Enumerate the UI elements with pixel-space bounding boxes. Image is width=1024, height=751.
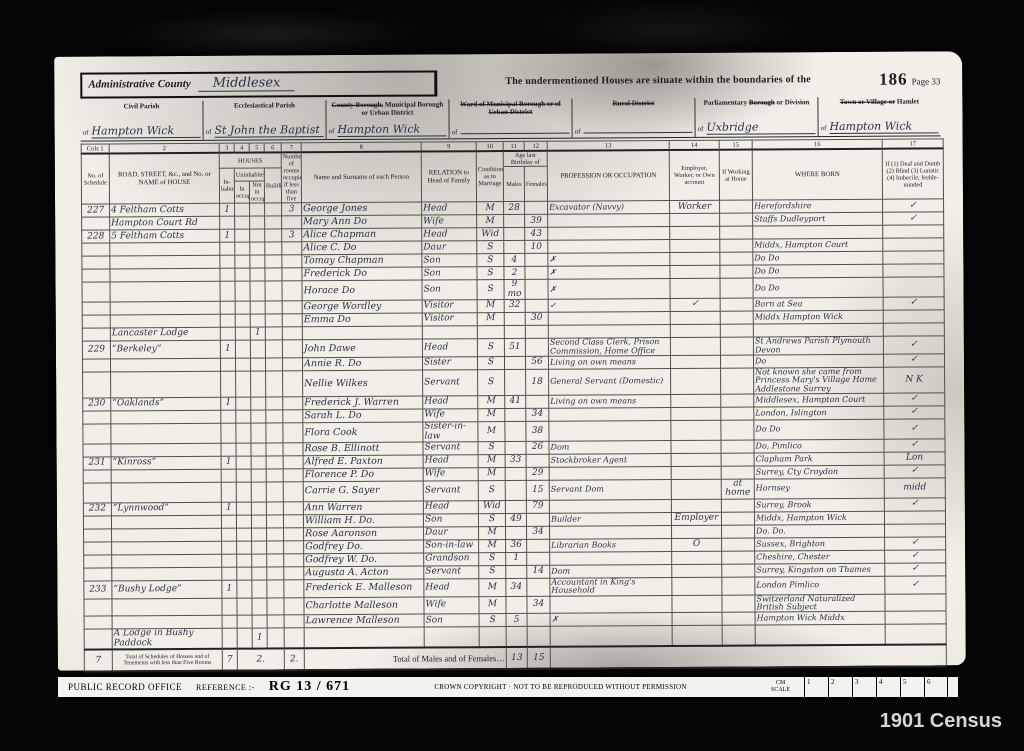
- cell-cond: S: [478, 513, 505, 526]
- cell-born: London Pimlico: [755, 576, 885, 595]
- cell-note: ✓: [884, 439, 945, 452]
- cell-f: 18: [526, 369, 549, 395]
- cell-note: midd: [884, 478, 945, 498]
- column-number: 17: [882, 139, 943, 149]
- cell-f: [527, 539, 550, 552]
- cell-home: [722, 625, 755, 646]
- cell-u4: [236, 469, 251, 482]
- cell-name: Sarah L. Do: [303, 409, 423, 423]
- cell-born: St Andrews Parish Plymouth Devon: [753, 336, 883, 355]
- cell-name: Flora Cook: [303, 422, 423, 443]
- administrative-county-box: Administrative County Middlesex: [80, 70, 437, 98]
- cm-scale-label: CM SCALE: [771, 680, 790, 693]
- totals-schedules: 7: [84, 650, 112, 672]
- cell-rooms: [282, 268, 302, 281]
- cell-born: Clapham Park: [754, 452, 884, 466]
- cell-cond: M: [478, 468, 505, 481]
- cell-emp: [671, 453, 721, 466]
- cell-cond: M: [479, 578, 506, 596]
- cell-home: [721, 407, 754, 420]
- cell-born: Do. Do.: [755, 524, 885, 538]
- cell-u4: [237, 528, 252, 541]
- backdrop-smudge: [540, 0, 800, 60]
- cell-occ: [550, 525, 672, 539]
- district-value-line: of: [452, 128, 570, 137]
- cell-u5: [252, 615, 267, 628]
- district-value: Hampton Wick: [829, 119, 938, 134]
- cell-emp: [671, 368, 721, 394]
- cell-bld: [265, 358, 282, 371]
- cell-u4: [235, 242, 250, 255]
- census-table: Cols 1234567891011121314151617 No. of Sc…: [81, 138, 947, 673]
- cell-f: 30: [525, 312, 548, 325]
- district-box: Rural Districtof: [572, 98, 695, 138]
- cell-born: Surrey, Kingston on Thames: [755, 563, 885, 577]
- cell-f: 29: [526, 467, 549, 480]
- cell-emp: [670, 240, 720, 253]
- cell-s: [83, 516, 111, 529]
- cell-note: ✓: [884, 498, 945, 511]
- cell-emp: [671, 466, 721, 479]
- cell-emp: [671, 407, 721, 420]
- totals-row: 7 Total of Schedules of Houses and of Te…: [84, 645, 946, 672]
- cell-f: 39: [525, 215, 548, 228]
- cell-u5: [251, 515, 266, 528]
- scale-mark: 4: [876, 677, 900, 697]
- cell-cond: M: [477, 202, 504, 215]
- cell-cond: S: [479, 614, 506, 627]
- cell-inh: [222, 541, 237, 554]
- cell-note: [884, 511, 945, 524]
- cell-note: ✓: [883, 354, 944, 367]
- cell-s: [83, 424, 111, 444]
- cell-rooms: [282, 314, 302, 327]
- cell-rooms: [282, 242, 302, 255]
- cell-u5: [250, 301, 265, 314]
- cell-bld: [267, 567, 284, 580]
- cell-m: 33: [505, 454, 526, 467]
- cell-cond: [477, 326, 504, 339]
- cell-note: [885, 524, 946, 537]
- cell-u5: [251, 371, 266, 397]
- cell-bld: [267, 528, 284, 541]
- cell-name: Frederick J. Warren: [303, 396, 423, 410]
- cell-f: [527, 627, 550, 648]
- cell-name: George Wordley: [302, 300, 422, 314]
- cell-u4: [236, 397, 251, 410]
- cell-m: 5: [506, 614, 527, 627]
- cell-road: “Berkeley”: [110, 340, 220, 358]
- cell-home: [720, 337, 753, 355]
- cell-rooms: 3: [282, 229, 302, 242]
- cell-u5: [250, 255, 265, 268]
- cell-note: [883, 251, 944, 264]
- cell-home: [722, 538, 755, 551]
- district-box: Civil ParishofHampton Wick: [80, 101, 203, 141]
- cell-f: [525, 338, 548, 356]
- district-box: Ward of Municipal Borough or of Urban Di…: [449, 99, 572, 139]
- cell-bld: [267, 598, 284, 616]
- cell-f: [525, 280, 548, 300]
- cell-rel: Daur: [424, 527, 479, 540]
- cell-inh: [220, 358, 235, 371]
- cell-u5: [251, 482, 266, 502]
- cell-bld: [265, 301, 282, 314]
- cell-occ: [548, 227, 670, 241]
- cell-inh: 1: [220, 230, 235, 243]
- cell-occ: Builder: [549, 512, 671, 526]
- cell-m: [505, 441, 526, 454]
- cell-bld: [266, 410, 283, 423]
- cell-u5: [251, 397, 266, 410]
- cell-occ: [549, 467, 671, 481]
- cell-road: 4 Feltham Cotts: [110, 204, 220, 218]
- cell-cond: S: [477, 254, 504, 267]
- cell-inh: [220, 314, 235, 327]
- cell-s: [82, 328, 110, 341]
- cell-s: [82, 359, 110, 372]
- cell-u5: [250, 203, 265, 216]
- cell-bld: [267, 554, 284, 567]
- cell-m: [504, 215, 525, 228]
- cell-born: Surrey, Brook: [754, 498, 884, 512]
- cell-u4: [237, 567, 252, 580]
- cell-m: 51: [504, 339, 525, 357]
- cell-emp: [670, 355, 720, 368]
- cell-s: 228: [82, 230, 110, 243]
- col-header-in-occupation: In occupation: [234, 181, 249, 203]
- col-header-where-born: WHERE BORN: [752, 149, 882, 201]
- cell-bld: [265, 314, 282, 327]
- cell-cond: S: [477, 267, 504, 280]
- cell-bld: [267, 541, 284, 554]
- cell-inh: [221, 469, 236, 482]
- cell-home: [720, 278, 753, 298]
- cell-rel: Son: [422, 267, 477, 280]
- district-boxes: Civil ParishofHampton WickEcclesiastical…: [80, 96, 940, 141]
- cell-s: [84, 616, 112, 629]
- cell-u5: [251, 410, 266, 423]
- district-value-line: of: [575, 127, 693, 136]
- cell-m: [506, 565, 527, 578]
- cell-emp: ✓: [670, 298, 720, 311]
- cell-emp: [671, 420, 721, 440]
- cell-born: Staffs Dudleyport: [753, 213, 883, 227]
- cell-rooms: [282, 301, 302, 314]
- cell-m: 28: [504, 202, 525, 215]
- cell-rel: Son: [424, 614, 479, 627]
- cell-s: [82, 243, 110, 256]
- backdrop-smudge: [120, 10, 420, 60]
- cell-road: “Oaklands”: [111, 397, 221, 411]
- cell-bld: [266, 397, 283, 410]
- cell-u4: [235, 327, 250, 340]
- cell-m: 1: [506, 552, 527, 565]
- column-number: 3: [219, 143, 234, 153]
- cell-bld: [266, 456, 283, 469]
- census-page-scan: Administrative County Middlesex The unde…: [54, 51, 966, 671]
- col-header-profession: PROFESSION OR OCCUPATION: [547, 150, 669, 202]
- cell-rel: Wife: [423, 409, 478, 422]
- cell-emp: [670, 279, 720, 299]
- district-label: Ecclesiastical Parish: [205, 101, 323, 110]
- cell-note: ✓: [885, 550, 946, 563]
- cell-f: 34: [526, 408, 549, 421]
- cell-inh: [221, 371, 236, 397]
- cell-u4: [236, 443, 251, 456]
- cell-inh: 1: [220, 204, 235, 217]
- cell-name: Rose Aaronson: [304, 527, 424, 541]
- totals-empty: [550, 645, 946, 669]
- scale-mark: 1: [804, 677, 828, 697]
- cell-occ: ✓: [548, 299, 670, 313]
- cell-u4: [237, 541, 252, 554]
- cell-rel: Servant: [424, 566, 479, 579]
- scale-mark: 5: [900, 677, 924, 697]
- cell-emp: [670, 324, 720, 337]
- cell-bld: [266, 515, 283, 528]
- cell-u5: [252, 580, 267, 598]
- cell-bld: [266, 443, 283, 456]
- cell-name: John Dawe: [302, 339, 422, 358]
- form-header: Administrative County Middlesex The unde…: [80, 67, 940, 98]
- cell-rooms: [284, 528, 304, 541]
- cell-inh: [220, 282, 235, 302]
- cell-u5: [252, 554, 267, 567]
- cell-road: [110, 358, 220, 372]
- cell-rel: Head: [423, 396, 478, 409]
- stamp-number: 186: [879, 70, 908, 89]
- cell-born: Middx, Hampton Court: [753, 239, 883, 253]
- cell-s: [84, 599, 112, 617]
- cell-inh: [220, 269, 235, 282]
- cell-occ: [549, 499, 671, 513]
- cell-rel: Wife: [422, 215, 477, 228]
- cell-rel: Head: [422, 339, 477, 357]
- cell-home: [722, 595, 755, 613]
- col-header-infirmity: If (1) Deaf and Dumb (2) Blind (3) Lunat…: [882, 148, 943, 199]
- cell-m: 2: [504, 267, 525, 280]
- cell-road: [111, 515, 221, 529]
- cell-occ: [548, 214, 670, 228]
- cell-inh: [220, 301, 235, 314]
- cell-name: Ann Warren: [303, 501, 423, 515]
- cell-bld: [266, 502, 283, 515]
- cell-note: ✓: [884, 393, 945, 406]
- cell-rooms: [284, 615, 304, 628]
- cell-cond: M: [477, 300, 504, 313]
- cell-name: William H. Do.: [303, 514, 423, 528]
- cell-road: [111, 443, 221, 457]
- cell-bld: [265, 229, 282, 242]
- cell-u5: 1: [250, 327, 265, 340]
- cell-emp: Worker: [670, 201, 720, 214]
- cell-bld: [265, 216, 282, 229]
- col-header-rooms: Number of rooms occupied if less than fi…: [281, 152, 301, 203]
- cell-occ: Stockbroker Agent: [549, 454, 671, 468]
- cell-name: Mary Ann Do: [302, 215, 422, 229]
- cell-inh: [222, 616, 237, 629]
- cell-name: George Jones: [302, 202, 422, 216]
- cell-f: [526, 513, 549, 526]
- cell-born: Do Do: [753, 265, 883, 279]
- cell-inh: [220, 243, 235, 256]
- cell-road: [110, 282, 220, 303]
- cell-road: [110, 269, 220, 283]
- cell-emp: [672, 626, 722, 647]
- reference-number: RG 13 / 671: [269, 679, 350, 695]
- cell-home: [721, 453, 754, 466]
- cell-rel: Visitor: [422, 300, 477, 313]
- cell-occ: Excavator (Navvy): [548, 201, 670, 215]
- cell-note: N K: [884, 367, 945, 394]
- cell-bld: [266, 371, 283, 397]
- cell-u4: [237, 580, 252, 598]
- cell-born: Do Do: [753, 278, 883, 299]
- cell-cond: S: [477, 280, 504, 300]
- totals-males-females-label: Total of Males and of Females…: [304, 647, 506, 670]
- cell-name: Florence P. Do: [303, 468, 423, 482]
- cell-emp: [670, 311, 720, 324]
- cell-home: [721, 512, 754, 525]
- cell-emp: [671, 479, 721, 499]
- cell-rel: Son: [423, 514, 478, 527]
- cell-u4: [235, 314, 250, 327]
- col-header-condition: Condition as to Marriage: [476, 151, 503, 202]
- cell-u5: [251, 502, 266, 515]
- copyright-notice: CROWN COPYRIGHT · NOT TO BE REPRODUCED W…: [364, 683, 757, 691]
- cell-bld: [266, 423, 283, 443]
- cell-s: [84, 542, 112, 555]
- cell-name: Carrie G. Sayer: [303, 481, 423, 502]
- cell-rel: Sister: [422, 357, 477, 370]
- cell-m: [504, 241, 525, 254]
- cell-emp: [672, 595, 722, 613]
- cell-note: [883, 264, 944, 277]
- cell-bld: [265, 255, 282, 268]
- cell-inh: [220, 327, 235, 340]
- cell-rel: Head: [422, 228, 477, 241]
- cell-u4: [237, 598, 252, 616]
- cell-note: ✓: [883, 199, 944, 212]
- cell-name: Frederick Do: [302, 267, 422, 281]
- district-value: Hampton Wick: [91, 124, 200, 139]
- cell-bld: [265, 281, 282, 301]
- cell-note: ✓: [884, 419, 945, 439]
- cell-emp: [672, 551, 722, 564]
- cell-emp: O: [672, 538, 722, 551]
- cell-born: Born at Sea: [753, 297, 883, 311]
- cell-inh: 1: [221, 456, 236, 469]
- cell-born: [753, 226, 883, 240]
- cell-rooms: [282, 281, 302, 301]
- cell-emp: [672, 577, 722, 595]
- column-number: 12: [524, 141, 547, 151]
- column-number: 10: [476, 142, 503, 152]
- cell-road: A Lodge in Bushy Paddock: [112, 629, 222, 650]
- cell-cond: S: [477, 241, 504, 254]
- cell-home: [720, 355, 753, 368]
- cell-born: Sussex, Brighton: [755, 537, 885, 551]
- public-record-office-label: PUBLIC RECORD OFFICE: [68, 682, 182, 692]
- cell-bld: [265, 327, 282, 340]
- cell-home: [720, 239, 753, 252]
- cell-occ: ✗: [548, 266, 670, 280]
- cm-label: CM: [776, 680, 785, 686]
- cell-inh: [222, 629, 237, 649]
- cell-u5: [250, 216, 265, 229]
- cell-emp: [670, 214, 720, 227]
- cell-f: 26: [526, 441, 549, 454]
- cell-cond: S: [478, 370, 505, 396]
- cell-u5: [252, 541, 267, 554]
- cell-note: Lon: [884, 452, 945, 465]
- cell-emp: [672, 525, 722, 538]
- cell-road: [112, 554, 222, 568]
- cell-rooms: [282, 327, 302, 340]
- cell-road: [111, 482, 221, 503]
- cell-bld: [267, 628, 284, 648]
- cell-emp: [670, 266, 720, 279]
- district-label: Ward of Municipal Borough or of Urban Di…: [451, 100, 569, 117]
- cell-rel: Son: [422, 254, 477, 267]
- cell-m: [506, 526, 527, 539]
- district-value: St John the Baptist: [214, 123, 323, 138]
- cell-f: 15: [526, 480, 549, 500]
- district-value: Hampton Wick: [337, 122, 446, 137]
- cell-f: [525, 267, 548, 280]
- cell-f: [525, 202, 548, 215]
- cell-note: [885, 611, 946, 624]
- cell-note: [885, 624, 946, 645]
- cell-born: London, Islington: [754, 406, 884, 420]
- column-number: 9: [421, 142, 476, 152]
- cell-u5: [252, 567, 267, 580]
- cell-bld: [265, 340, 282, 358]
- cell-home: [721, 394, 754, 407]
- cell-occ: [548, 325, 670, 339]
- cell-inh: [221, 482, 236, 502]
- cell-m: [505, 480, 526, 500]
- cell-home: [721, 499, 754, 512]
- cell-u4: [236, 515, 251, 528]
- cell-emp: [670, 337, 720, 355]
- district-value-line: ofUxbridge: [698, 120, 816, 135]
- cell-home: [722, 612, 755, 625]
- cell-cond: S: [479, 552, 506, 565]
- cell-born: Do: [753, 354, 883, 368]
- cell-m: [505, 467, 526, 480]
- cell-name: Alice C. Do: [302, 241, 422, 255]
- cell-rooms: [283, 456, 303, 469]
- cell-cond: S: [479, 565, 506, 578]
- cell-rooms: [284, 541, 304, 554]
- totals-houses: 7: [222, 649, 237, 671]
- cell-inh: [222, 567, 237, 580]
- cell-emp: [671, 394, 721, 407]
- cell-rel: Head: [423, 455, 478, 468]
- cell-f: 38: [526, 421, 549, 441]
- administrative-county-value: Middlesex: [199, 75, 295, 92]
- cell-occ: [548, 312, 670, 326]
- cell-m: [504, 313, 525, 326]
- scale-mark: 3: [852, 677, 876, 697]
- scale-label: SCALE: [771, 687, 790, 693]
- column-number: 7: [281, 143, 301, 153]
- cell-f: 14: [527, 565, 550, 578]
- cell-inh: [220, 256, 235, 269]
- cell-name: Charlotte Malleson: [304, 597, 424, 616]
